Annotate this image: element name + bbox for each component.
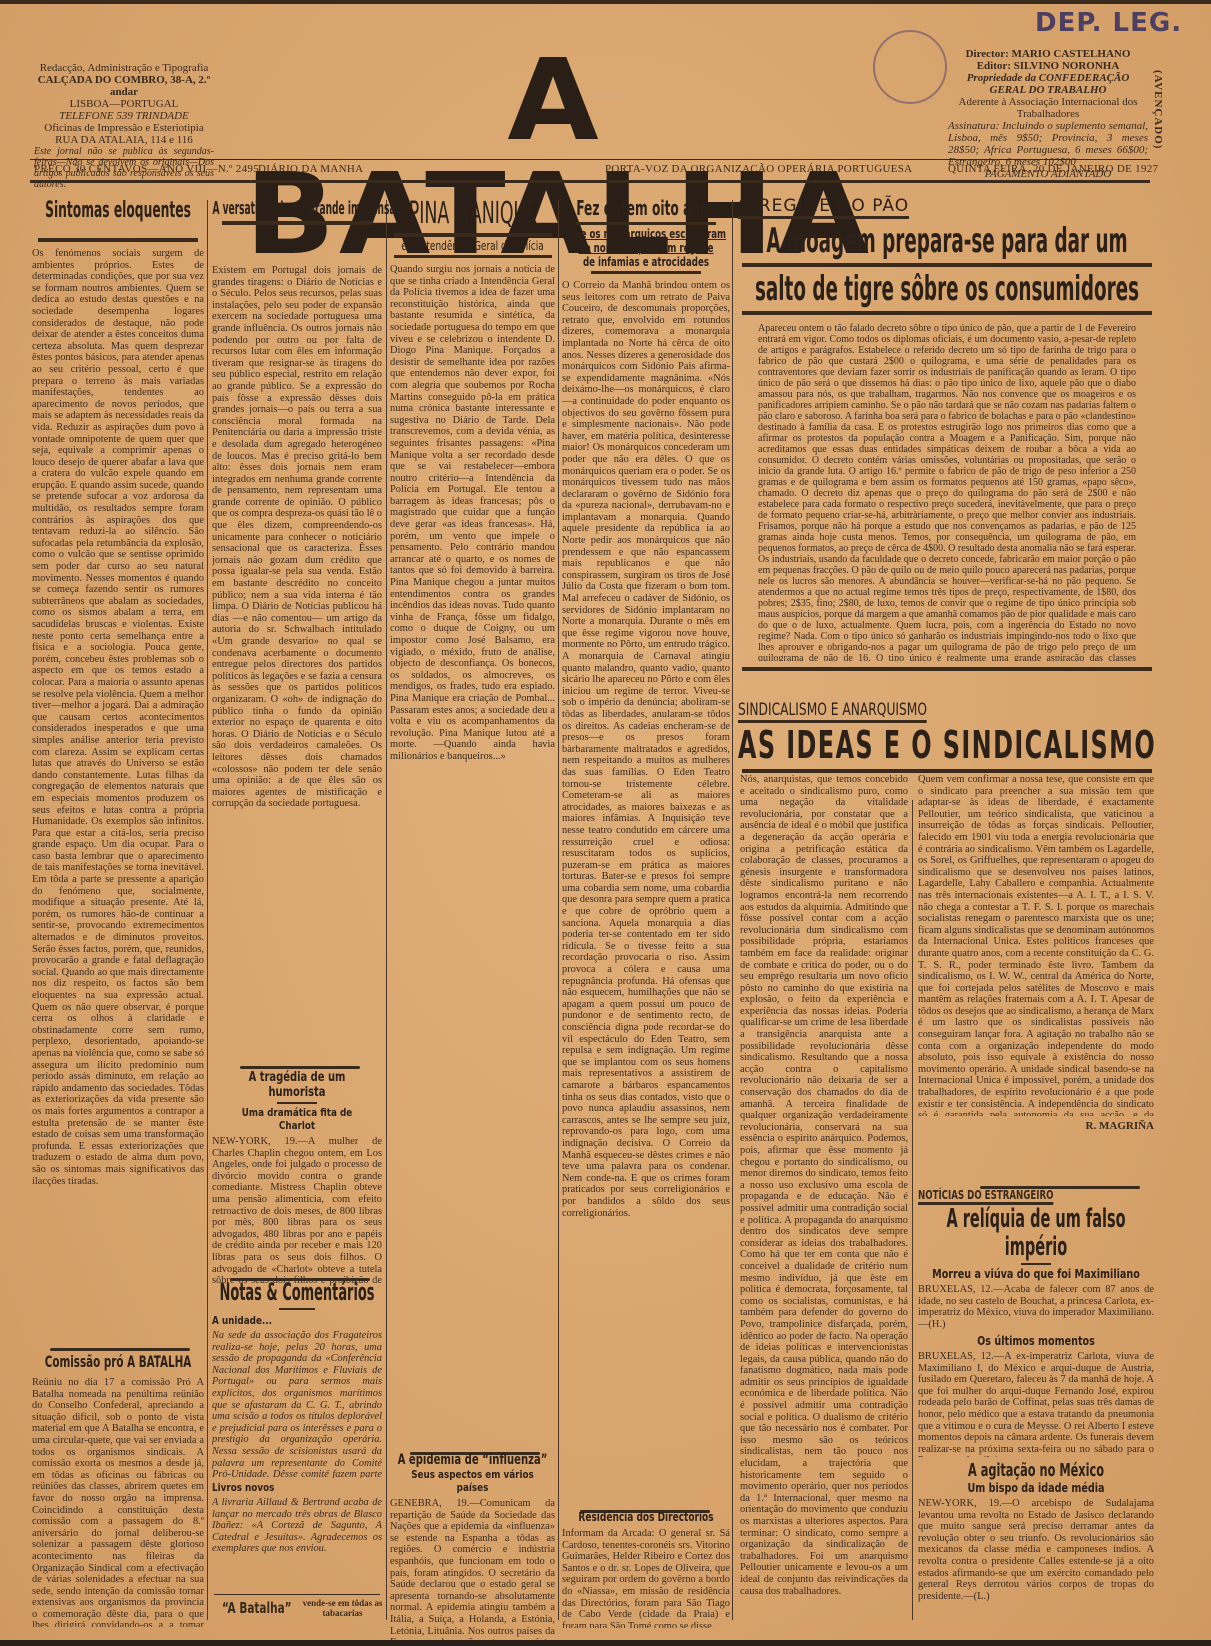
kicker: O REGIME DO PÃO xyxy=(738,196,909,219)
headline: AS IDEAS E O SINDICALISMO xyxy=(738,723,1157,767)
headline: A relíquia de um falso império xyxy=(932,1205,1140,1261)
headline-rule xyxy=(277,1102,317,1104)
bottom-edge xyxy=(0,1640,1211,1646)
section-body: A livraria Aillaud & Bertrand acaba de l… xyxy=(212,1497,382,1555)
promo-banner: “A Batalha” vende-se em tôdas as tabacar… xyxy=(222,1598,387,1618)
headline-rule xyxy=(222,221,372,225)
article-residencia: Residência dos Directórios Informam da A… xyxy=(562,1510,730,1628)
headline-line-2: salto de tigre sôbre os consumidores xyxy=(738,269,1157,309)
headline: Comissão pró A BATALHA xyxy=(32,1352,205,1371)
headline: A agitação no México xyxy=(932,1460,1139,1481)
promo-name: “A Batalha” xyxy=(222,1599,271,1617)
article-body: O Correio da Manhã brindou ontem os seus… xyxy=(562,280,730,1470)
article-body: Informam da Arcada: O general sr. Sá Car… xyxy=(562,1528,730,1628)
article-regime-pao: O REGIME DO PÃO A moagem prepara-se para… xyxy=(738,196,1156,673)
subheadline: Um bispo da idade média xyxy=(942,1481,1131,1495)
column-separator xyxy=(912,800,913,1620)
address-line-6: RUA DA ATALAIA, 114 e 116 xyxy=(34,134,214,146)
subheadline: Morreu a viúva do que foi Maximiliano xyxy=(926,1267,1147,1281)
article-body: GENEBRA, 19.—Comunicam da repartição de … xyxy=(390,1498,555,1644)
headline: Notas & Comentários xyxy=(212,1278,381,1306)
ornament-divider xyxy=(240,1066,360,1069)
promo-text: vende-se em tôdas as tabacarias xyxy=(298,1598,387,1618)
section-title: Livros novos xyxy=(212,1481,348,1494)
article-pina-manique: PINA MANIQUE e a Intendência Geral da Po… xyxy=(390,196,555,1404)
library-stamp-icon xyxy=(873,30,947,104)
adherent: Aderente à Associação Internacional dos … xyxy=(948,96,1148,120)
subheadline-1: que os monárquicos escreveram xyxy=(568,227,724,241)
subheadline-3: de infamias e atrocidades xyxy=(568,255,724,269)
subheadline: Uma dramática fita de Charlot xyxy=(229,1106,365,1132)
headline: A epidemia de “influenza” xyxy=(391,1452,555,1468)
newspaper-title: A BATALHA xyxy=(245,43,865,157)
subheadline-2: no norte do país um regime xyxy=(568,241,724,255)
headline: Residência dos Directórios xyxy=(568,1510,724,1524)
headline: A versatilidade da grande imprensa xyxy=(212,198,381,219)
article-sindicalismo: SINDICALISMO E ANARQUISMO AS IDEAS E O S… xyxy=(738,700,1156,775)
article-oito-anos: Fez ontem oito anos que os monárquicos e… xyxy=(562,196,730,1470)
avencado-label: (AVENÇADO) xyxy=(1152,70,1164,149)
subscription: Assinatura: Incluindo o suplemento seman… xyxy=(948,120,1148,168)
section-title: A unidade... xyxy=(212,1314,348,1327)
sindicalismo-right-column: Quem vem confirmar a nossa tese, que con… xyxy=(918,774,1154,1132)
kicker: SINDICALISMO E ANARQUISMO xyxy=(738,700,927,723)
article-body: Reüniu no dia 17 a comissão Pró A Batalh… xyxy=(32,1377,204,1627)
subheadline: Seus aspectos em vários países xyxy=(407,1468,539,1494)
property: Propriedade da CONFEDERAÇÃO GERAL DO TRA… xyxy=(948,72,1148,96)
ornament-divider xyxy=(50,1348,190,1351)
deposit-stamp: DEP. LEG. xyxy=(1035,8,1182,38)
headline-rule xyxy=(394,255,552,258)
mouthpiece-label: PORTA-VOZ DA ORGANIZAÇÃO OPERÁRIA PORTUG… xyxy=(605,163,912,175)
headline-rule xyxy=(1021,1263,1051,1265)
article-sintomas: Sintomas eloquentes Os fenómenos sociais… xyxy=(32,198,204,1278)
article-estrangeiro: NOTÍCIAS DO ESTRANGEIRO A relíquia de um… xyxy=(918,1186,1154,1457)
issue-date: QUINTA FEIRA, 20 DE JANEIRO DE 1927 xyxy=(948,163,1158,175)
section-body: Na sede da associação dos Fragateiros re… xyxy=(212,1330,382,1478)
headline-rule xyxy=(38,238,198,242)
headline: A tragédia de um humorista xyxy=(225,1070,370,1100)
top-edge xyxy=(0,0,1211,4)
article-end-rule xyxy=(742,667,1152,671)
article-mexico: A agitação no México Um bispo da idade m… xyxy=(918,1460,1154,1616)
column-separator xyxy=(207,200,208,1620)
headline: Sintomas eloquentes xyxy=(31,198,205,236)
address-line-3: LISBOA—PORTUGAL xyxy=(34,98,214,110)
director: Director: MARIO CASTELHANO xyxy=(948,48,1148,60)
article-body: BRUXELAS, 12.—Acaba de falecer com 87 an… xyxy=(918,1284,1154,1332)
article-comissao: Comissão pró A BATALHA Reüniu no dia 17 … xyxy=(32,1352,204,1627)
article-body-right: Quem vem confirmar a nossa tese, que con… xyxy=(918,774,1154,1116)
headline-rule xyxy=(279,1308,315,1310)
article-body: NEW-YORK, 19.—O arcebispo de Sudalajama … xyxy=(918,1498,1154,1616)
headline-rule xyxy=(576,222,716,225)
section-title: Os últimos momentos xyxy=(942,1334,1131,1348)
section-body: BRUXELAS, 12.—A ex-imperatriz Carlota, v… xyxy=(918,1351,1154,1457)
column-separator xyxy=(386,200,387,1620)
subheadline: e a Intendência Geral da Polícia xyxy=(388,239,557,253)
article-body: Existem em Portugal dois jornais de gran… xyxy=(212,265,382,1035)
headline-rule xyxy=(742,311,1152,315)
headline-line-1: A moagem prepara-se para dar um xyxy=(738,221,1157,261)
headline-rule xyxy=(591,271,701,274)
daily-label: DIÁRIO DA MANHA xyxy=(258,163,363,175)
headline-rule xyxy=(742,263,1152,267)
article-versatilidade: A versatilidade da grande imprensa Exist… xyxy=(212,198,382,1035)
editor: Editor: SILVINO NORONHA xyxy=(948,60,1148,72)
address-line-2: CALÇADA DO COMBRO, 38-A, 2.º andar xyxy=(34,74,214,98)
address-line-1: Redacção, Administração e Tipografia xyxy=(34,62,214,74)
header-rule xyxy=(30,180,1150,183)
article-body: Quando surgiu nos jornais a notícia de q… xyxy=(390,264,555,1404)
signature: R. MAGRIÑA xyxy=(918,1120,1154,1132)
address-line-4: TELEFONE 539 TRINDADE xyxy=(34,110,214,122)
article-influenza: A epidemia de “influenza” Seus aspectos … xyxy=(390,1452,555,1644)
headline-rule xyxy=(742,769,1152,773)
masthead-rule xyxy=(30,159,1150,160)
newspaper-page: Redacção, Administração e Tipografia CAL… xyxy=(0,0,1211,1646)
headline: PINA MANIQUE xyxy=(391,196,555,231)
article-tragedia: A tragédia de um humorista Uma dramática… xyxy=(212,1070,382,1288)
article-body-left: Nós, anarquistas, que temos concebido e … xyxy=(740,774,908,1600)
column-separator xyxy=(558,200,559,1620)
column-separator xyxy=(732,200,733,1620)
article-body: NEW-YORK, 19.—A mulher de Charles Chapli… xyxy=(212,1136,382,1288)
promo-rule xyxy=(214,1594,380,1595)
headline: Fez ontem oito anos xyxy=(562,196,731,220)
address-line-5: Oficinas de Impressão e Esteriotipia xyxy=(34,122,214,134)
masthead-credits-block: Director: MARIO CASTELHANO Editor: SILVI… xyxy=(948,48,1148,180)
headline-rule xyxy=(394,233,552,237)
kicker: NOTÍCIAS DO ESTRANGEIRO xyxy=(918,1188,1053,1205)
article-body: Os fenómenos sociais surgem de ambientes… xyxy=(32,248,204,1278)
price-info: PREÇO 30 CENTAVOS—ANO VIII—N.º 2495 xyxy=(34,163,259,175)
article-body: Apareceu ontem o tão falado decreto sôbr… xyxy=(758,323,1136,661)
article-notas: Notas & Comentários A unidade... Na sede… xyxy=(212,1278,382,1555)
